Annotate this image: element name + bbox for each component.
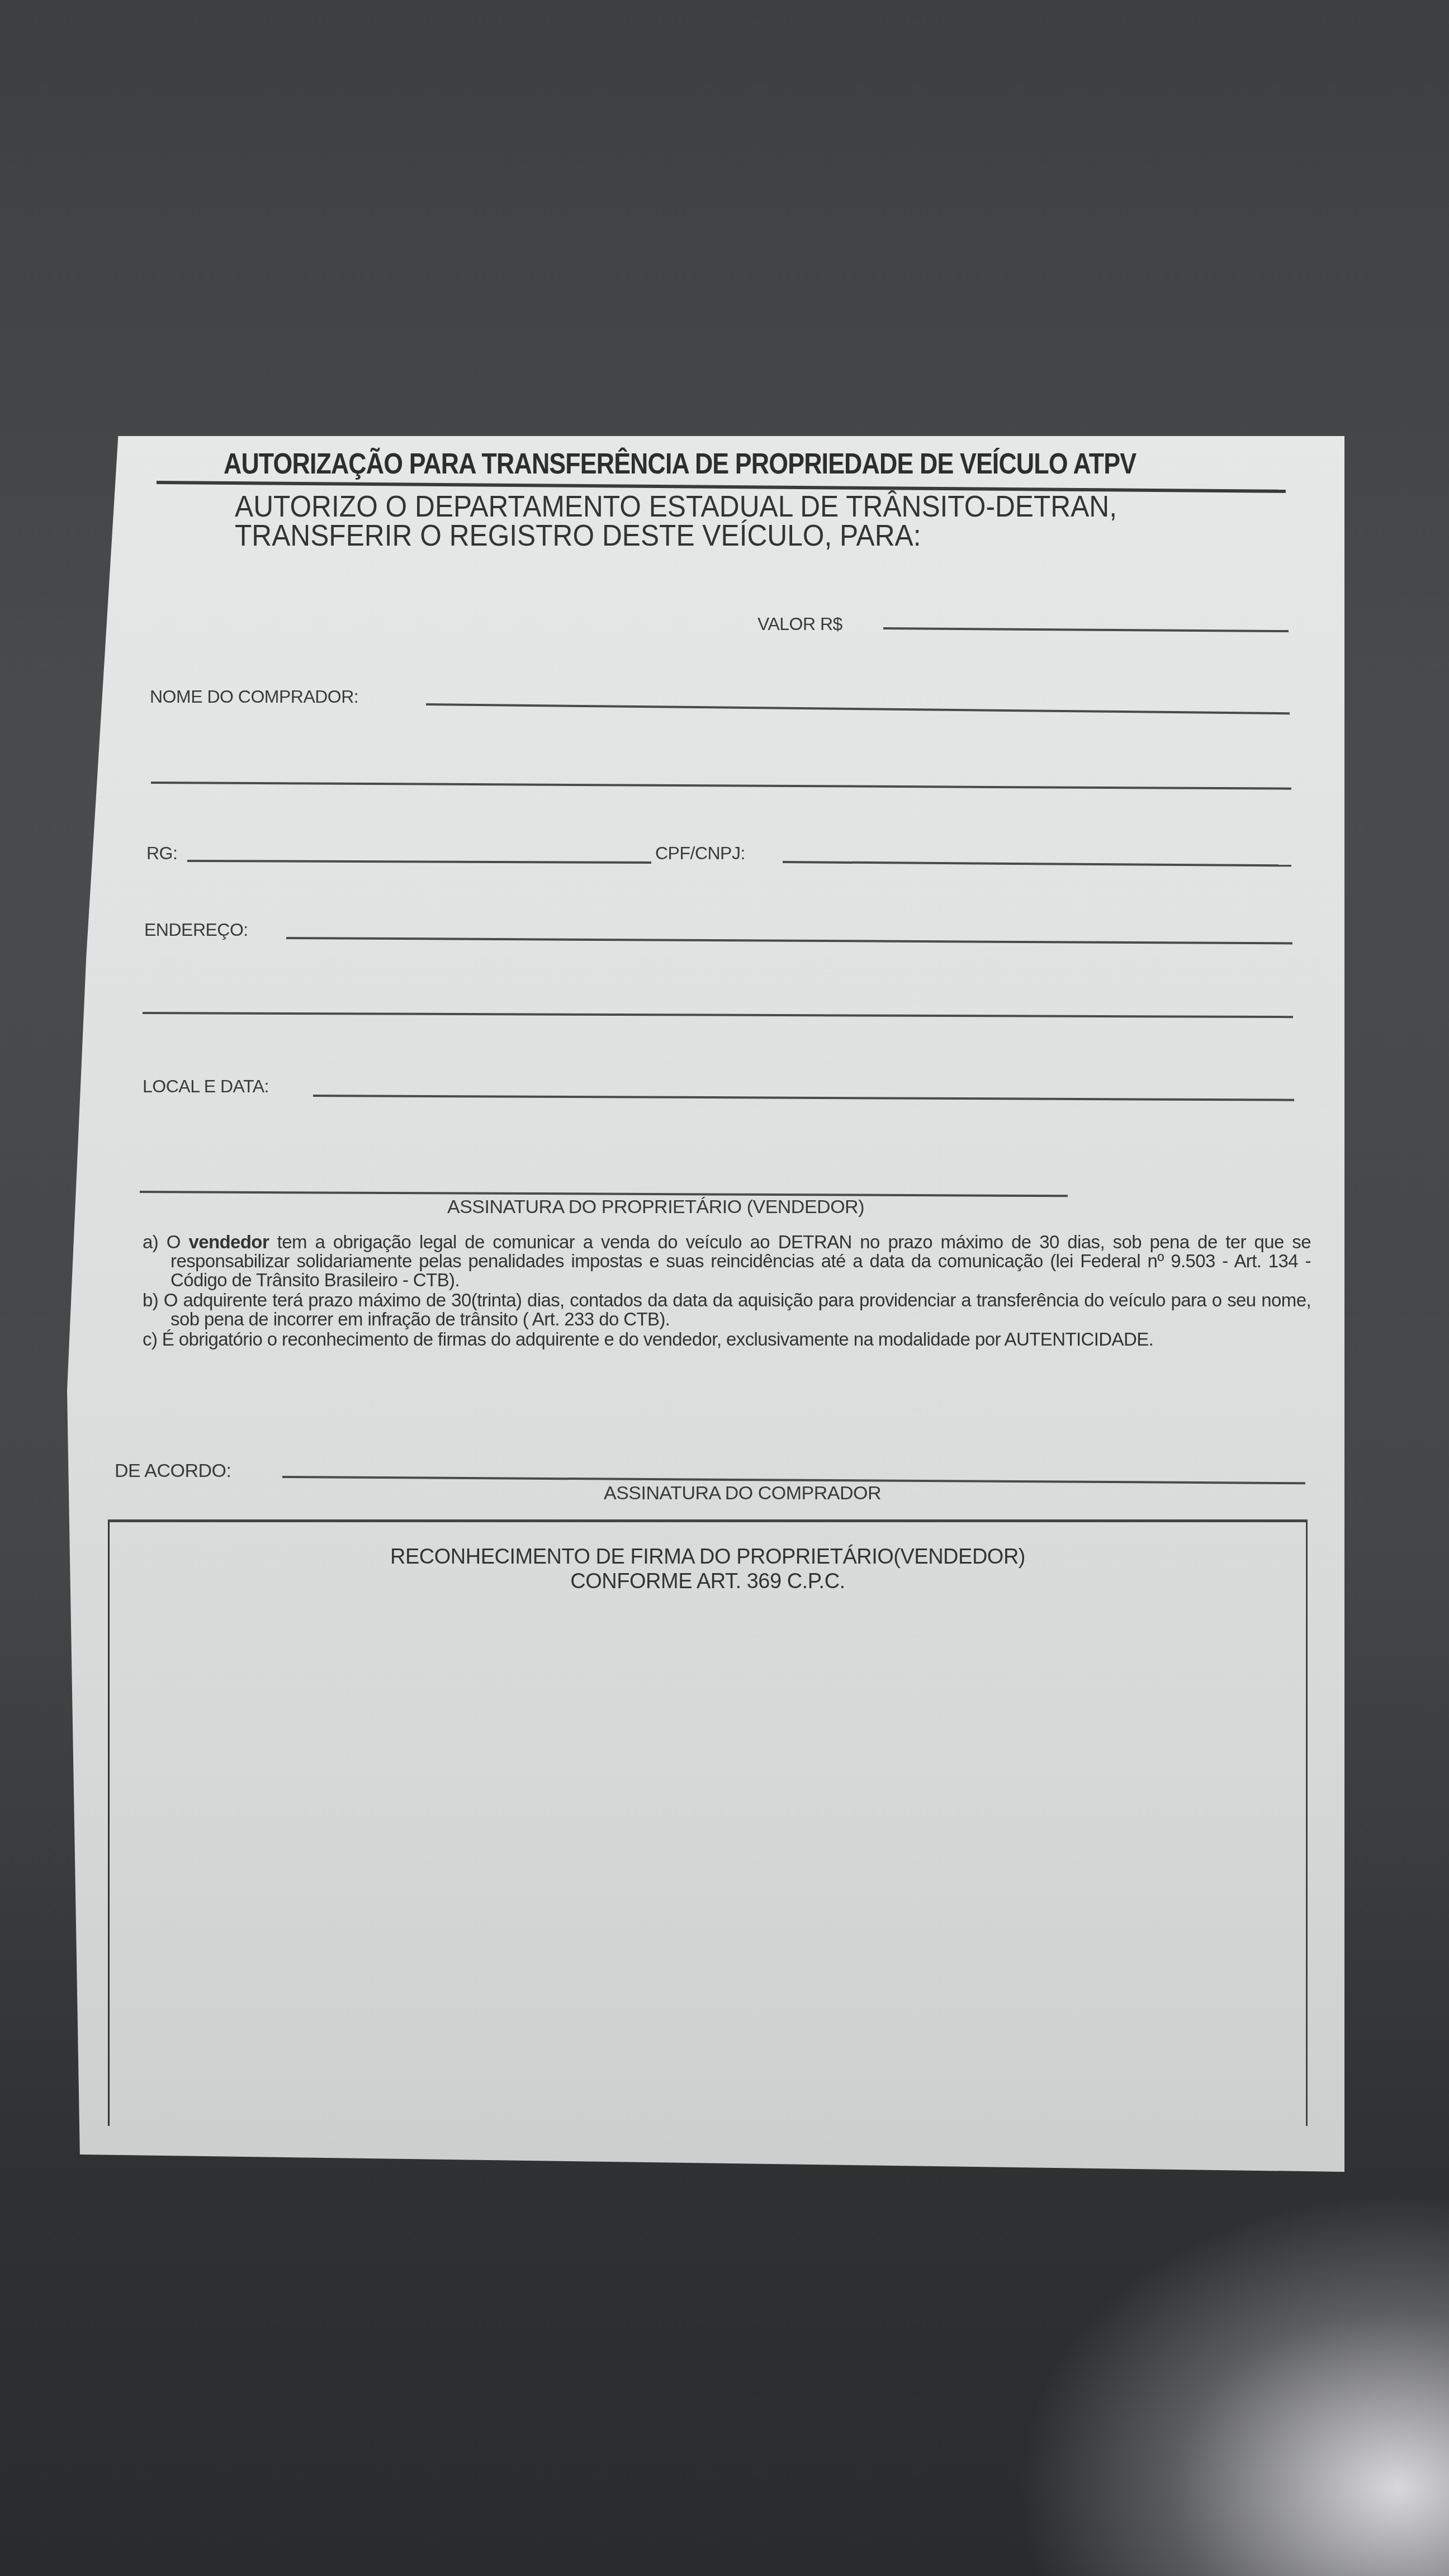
notary-recognition-box: RECONHECIMENTO DE FIRMA DO PROPRIETÁRIO(…	[108, 1519, 1308, 2126]
notary-box-title: RECONHECIMENTO DE FIRMA DO PROPRIETÁRIO(…	[110, 1545, 1306, 1594]
de-acordo-label: DE ACORDO:	[115, 1460, 231, 1482]
authorization-line-2: TRANSFERIR O REGISTRO DESTE VEÍCULO, PAR…	[235, 521, 1117, 550]
cpf-cnpj-label: CPF/CNPJ:	[655, 843, 745, 864]
note-c: c) É obrigatório o reconhecimento de fir…	[143, 1330, 1311, 1349]
notary-box-title-line-1: RECONHECIMENTO DE FIRMA DO PROPRIETÁRIO(…	[110, 1545, 1306, 1569]
valor-label: VALOR R$	[757, 614, 842, 634]
buyer-signature-caption: ASSINATURA DO COMPRADOR	[604, 1483, 881, 1504]
notary-box-title-line-2: CONFORME ART. 369 C.P.C.	[110, 1569, 1306, 1594]
nome-comprador-label: NOME DO COMPRADOR:	[150, 686, 358, 707]
rg-label: RG:	[146, 843, 177, 864]
local-data-label: LOCAL E DATA:	[143, 1076, 269, 1097]
document-title: AUTORIZAÇÃO PARA TRANSFERÊNCIA DE PROPRI…	[224, 447, 1136, 481]
legal-notes: a) O vendedor tem a obrigação legal de c…	[143, 1233, 1311, 1350]
note-b: b) O adquirente terá prazo máximo de 30(…	[143, 1291, 1311, 1329]
note-a: a) O vendedor tem a obrigação legal de c…	[143, 1233, 1311, 1290]
seller-signature-caption: ASSINATURA DO PROPRIETÁRIO (VENDEDOR)	[447, 1196, 864, 1218]
note-a-emphasis: vendedor	[188, 1232, 269, 1252]
authorization-line-1: AUTORIZO O DEPARTAMENTO ESTADUAL DE TRÂN…	[235, 492, 1117, 521]
authorization-statement: AUTORIZO O DEPARTAMENTO ESTADUAL DE TRÂN…	[235, 492, 1117, 550]
endereco-label: ENDEREÇO:	[144, 920, 248, 940]
